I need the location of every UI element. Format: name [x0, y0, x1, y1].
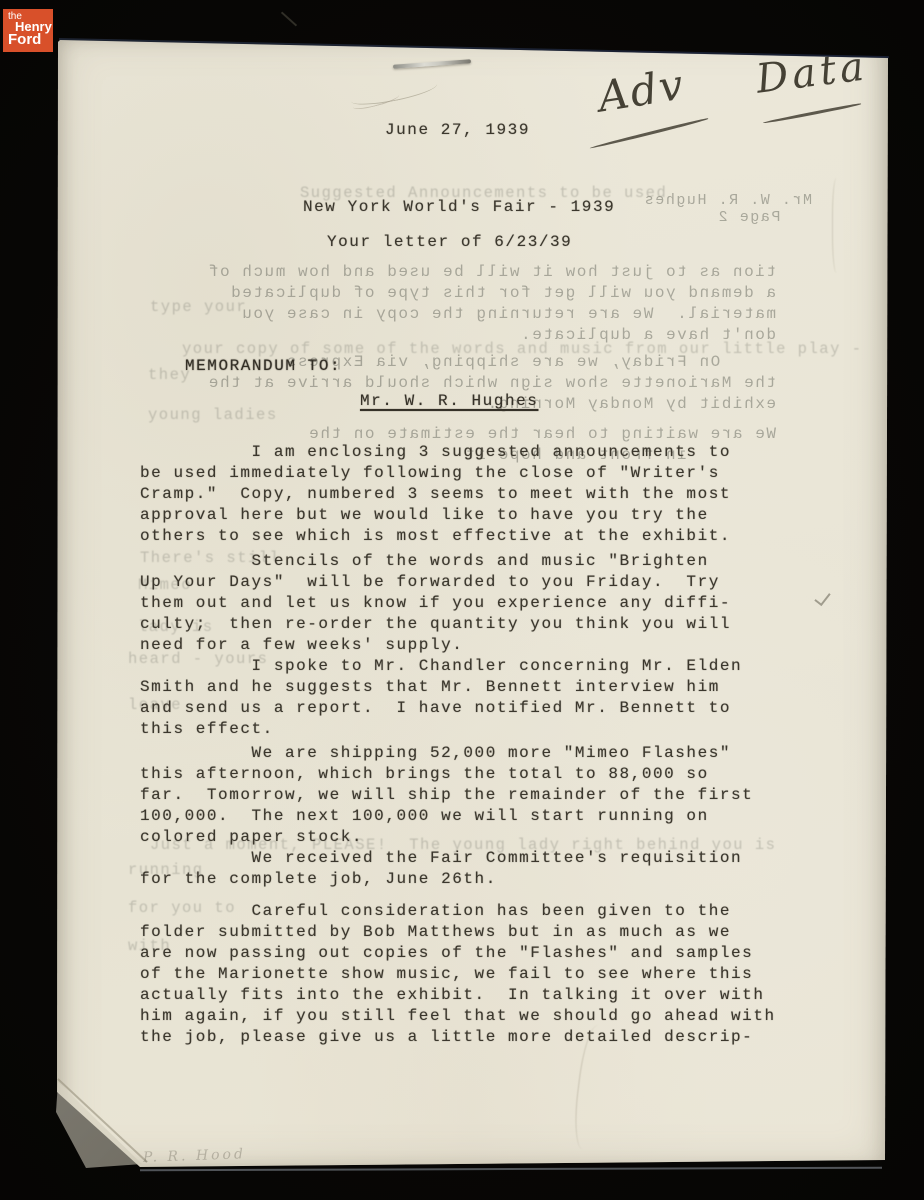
scanned-document: the Henry Ford Mr. W. R. Hughes Page 2 t…: [0, 0, 924, 1200]
ghost-fragment: young ladies: [148, 406, 278, 424]
letter-paragraph: I am enclosing 3 suggested announcements…: [140, 442, 850, 547]
recipient-name: Mr. W. R. Hughes: [360, 391, 538, 412]
letter-date: June 27, 1939: [385, 120, 530, 141]
letter-paragraph: We are shipping 52,000 more "Mimeo Flash…: [140, 743, 850, 848]
letter-paragraph: I spoke to Mr. Chandler concerning Mr. E…: [140, 656, 850, 740]
letter-subject: New York World's Fair - 1939: [303, 197, 615, 218]
letter-paragraph: Stencils of the words and music "Brighte…: [140, 551, 850, 656]
letter-paragraph: Careful consideration has been given to …: [140, 901, 850, 1048]
letter-paragraph: We received the Fair Committee's requisi…: [140, 848, 850, 890]
logo-text-ford: Ford: [8, 31, 41, 48]
paper-bottom-edge: [140, 1167, 882, 1172]
letter-reference-line: Your letter of 6/23/39: [327, 232, 572, 253]
pencil-stray-mark: [281, 12, 297, 27]
memorandum-label: MEMORANDUM TO:: [185, 356, 341, 377]
paper-crease-right: [832, 178, 843, 273]
henry-ford-logo: the Henry Ford: [3, 9, 53, 52]
ghost-fragment: type your: [150, 298, 247, 316]
